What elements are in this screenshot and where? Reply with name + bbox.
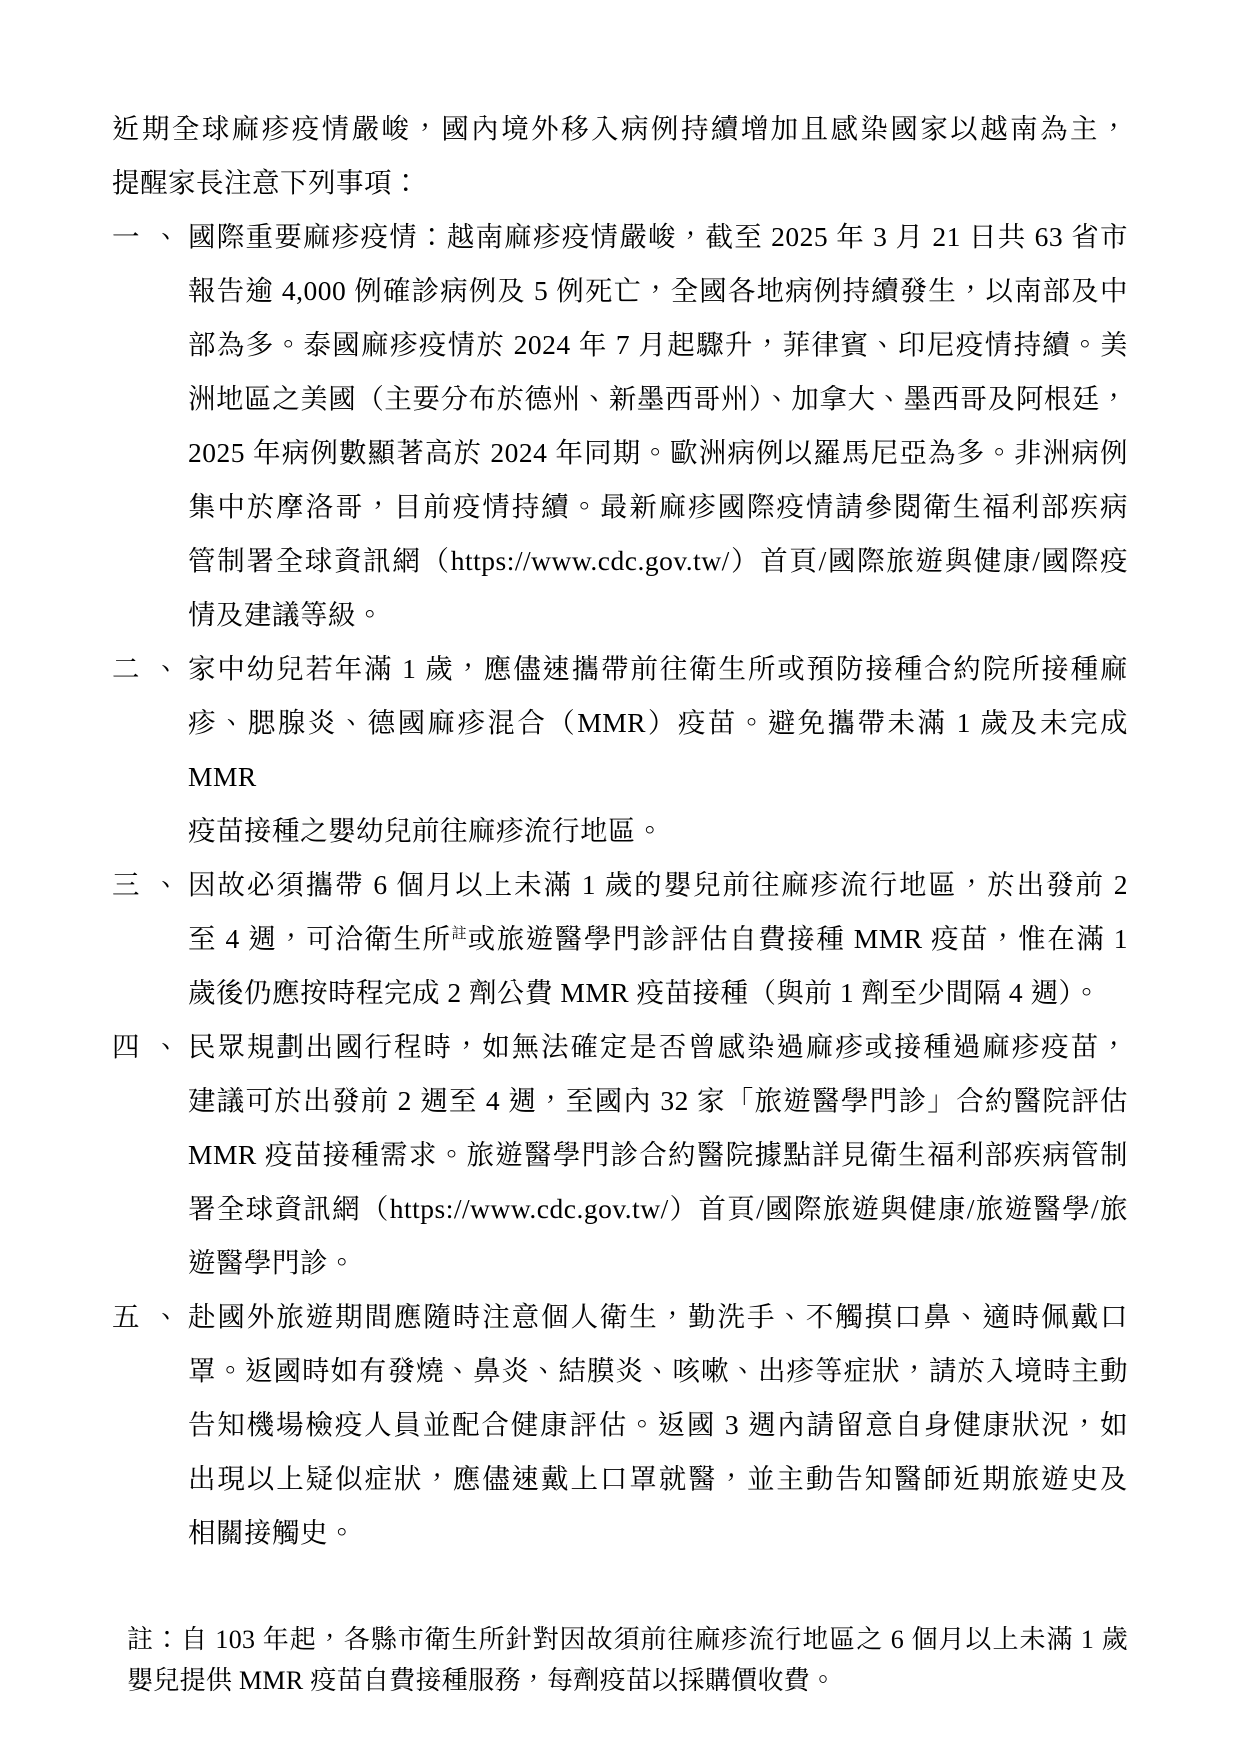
text-line: 歲後仍應按時程完成 2 劑公費 MMR 疫苗接種（與前 1 劑至少間隔 4 週）… [188, 966, 1128, 1020]
text-line: 遊醫學門診。 [188, 1236, 1128, 1290]
text-line: 註：自 103 年起，各縣市衛生所針對因故須前往麻疹流行地區之 6 個月以上未滿… [127, 1619, 1128, 1660]
text-line: 部為多。泰國麻疹疫情於 2024 年 7 月起驟升，菲律賓、印尼疫情持續。美 [188, 318, 1128, 372]
item-number: 一、 [112, 210, 188, 642]
numbered-list: 一、國際重要麻疹疫情：越南麻疹疫情嚴峻，截至 2025 年 3 月 21 日共 … [112, 210, 1128, 1560]
list-item: 三、因故必須攜帶 6 個月以上未滿 1 歲的嬰兒前往麻疹流行地區，於出發前 2至… [112, 858, 1128, 1020]
item-body: 家中幼兒若年滿 1 歲，應儘速攜帶前往衛生所或預防接種合約院所接種麻疹、腮腺炎、… [188, 642, 1128, 858]
text-line: 赴國外旅遊期間應隨時注意個人衛生，勤洗手、不觸摸口鼻、適時佩戴口 [188, 1290, 1128, 1344]
text-line: 疹、腮腺炎、德國麻疹混合（MMR）疫苗。避免攜帶未滿 1 歲及未完成 MMR [188, 696, 1128, 804]
text-line: 國際重要麻疹疫情：越南麻疹疫情嚴峻，截至 2025 年 3 月 21 日共 63… [188, 210, 1128, 264]
text-line: 因故必須攜帶 6 個月以上未滿 1 歲的嬰兒前往麻疹流行地區，於出發前 2 [188, 858, 1128, 912]
intro-paragraph: 近期全球麻疹疫情嚴峻，國內境外移入病例持續增加且感染國家以越南為主，提醒家長注意… [112, 102, 1128, 210]
text-line: 至 4 週，可洽衛生所註或旅遊醫學門診評估自費接種 MMR 疫苗，惟在滿 1 [188, 912, 1128, 966]
item-number: 二、 [112, 642, 188, 858]
text-line: 署全球資訊網（https://www.cdc.gov.tw/）首頁/國際旅遊與健… [188, 1182, 1128, 1236]
text-line: 疫苗接種之嬰幼兒前往麻疹流行地區。 [188, 804, 1128, 858]
text-line: 集中於摩洛哥，目前疫情持續。最新麻疹國際疫情請參閱衛生福利部疾病 [188, 480, 1128, 534]
text-line: 民眾規劃出國行程時，如無法確定是否曾感染過麻疹或接種過麻疹疫苗， [188, 1020, 1128, 1074]
item-body: 因故必須攜帶 6 個月以上未滿 1 歲的嬰兒前往麻疹流行地區，於出發前 2至 4… [188, 858, 1128, 1020]
list-item: 二、家中幼兒若年滿 1 歲，應儘速攜帶前往衛生所或預防接種合約院所接種麻疹、腮腺… [112, 642, 1128, 858]
text-line: 出現以上疑似症狀，應儘速戴上口罩就醫，並主動告知醫師近期旅遊史及 [188, 1452, 1128, 1506]
item-body: 國際重要麻疹疫情：越南麻疹疫情嚴峻，截至 2025 年 3 月 21 日共 63… [188, 210, 1128, 642]
text-segment: 或旅遊醫學門診評估自費接種 MMR 疫苗，惟在滿 1 [468, 923, 1128, 954]
text-line: 嬰兒提供 MMR 疫苗自費接種服務，每劑疫苗以採購價收費。 [127, 1660, 1128, 1701]
text-line: 近期全球麻疹疫情嚴峻，國內境外移入病例持續增加且感染國家以越南為主， [112, 102, 1128, 156]
footnote: 註：自 103 年起，各縣市衛生所針對因故須前往麻疹流行地區之 6 個月以上未滿… [112, 1619, 1128, 1701]
text-segment: 至 4 週，可洽衛生所 [188, 923, 452, 954]
item-number: 五、 [112, 1290, 188, 1560]
list-item: 四、民眾規劃出國行程時，如無法確定是否曾感染過麻疹或接種過麻疹疫苗，建議可於出發… [112, 1020, 1128, 1290]
text-line: 提醒家長注意下列事項： [112, 156, 1128, 210]
text-line: 報告逾 4,000 例確診病例及 5 例死亡，全國各地病例持續發生，以南部及中 [188, 264, 1128, 318]
list-item: 一、國際重要麻疹疫情：越南麻疹疫情嚴峻，截至 2025 年 3 月 21 日共 … [112, 210, 1128, 642]
text-line: 情及建議等級。 [188, 588, 1128, 642]
document-page: 近期全球麻疹疫情嚴峻，國內境外移入病例持續增加且感染國家以越南為主，提醒家長注意… [0, 0, 1241, 1755]
text-line: 相關接觸史。 [188, 1506, 1128, 1560]
item-number: 三、 [112, 858, 188, 1020]
item-body: 民眾規劃出國行程時，如無法確定是否曾感染過麻疹或接種過麻疹疫苗，建議可於出發前 … [188, 1020, 1128, 1290]
text-line: 告知機場檢疫人員並配合健康評估。返國 3 週內請留意自身健康狀況，如 [188, 1398, 1128, 1452]
text-line: 罩。返國時如有發燒、鼻炎、結膜炎、咳嗽、出疹等症狀，請於入境時主動 [188, 1344, 1128, 1398]
text-line: 家中幼兒若年滿 1 歲，應儘速攜帶前往衛生所或預防接種合約院所接種麻 [188, 642, 1128, 696]
superscript-note-marker: 註 [452, 926, 468, 942]
text-line: 2025 年病例數顯著高於 2024 年同期。歐洲病例以羅馬尼亞為多。非洲病例 [188, 426, 1128, 480]
text-line: 建議可於出發前 2 週至 4 週，至國內 32 家「旅遊醫學門診」合約醫院評估 [188, 1074, 1128, 1128]
text-line: 洲地區之美國（主要分布於德州、新墨西哥州）、加拿大、墨西哥及阿根廷， [188, 372, 1128, 426]
item-number: 四、 [112, 1020, 188, 1290]
text-line: 管制署全球資訊網（https://www.cdc.gov.tw/）首頁/國際旅遊… [188, 534, 1128, 588]
text-line: MMR 疫苗接種需求。旅遊醫學門診合約醫院據點詳見衛生福利部疾病管制 [188, 1128, 1128, 1182]
list-item: 五、赴國外旅遊期間應隨時注意個人衛生，勤洗手、不觸摸口鼻、適時佩戴口罩。返國時如… [112, 1290, 1128, 1560]
item-body: 赴國外旅遊期間應隨時注意個人衛生，勤洗手、不觸摸口鼻、適時佩戴口罩。返國時如有發… [188, 1290, 1128, 1560]
